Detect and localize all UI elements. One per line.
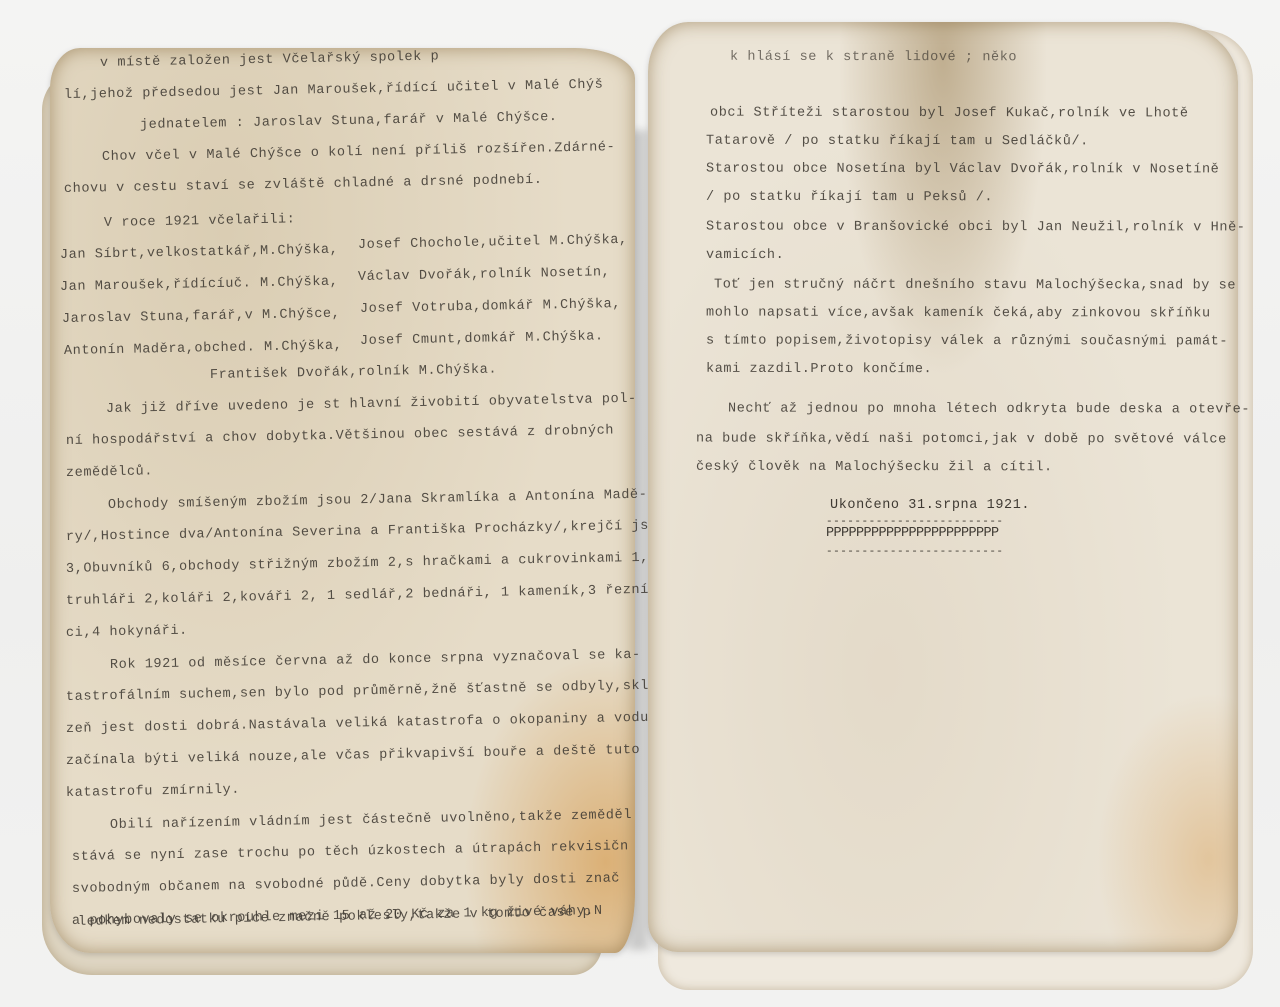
text-line: Tatarově / po statku říkají tam u Sedláč… bbox=[706, 134, 1089, 150]
text-line: / po statku říkají tam u Peksů /. bbox=[706, 190, 993, 206]
text-line: stává se nyní zase trochu po těch úzkost… bbox=[72, 839, 629, 865]
text-line: k hlásí se k straně lidové ; něko bbox=[730, 50, 1017, 66]
text-line: ry/,Hostince dva/Antonína Severina a Fra… bbox=[66, 519, 649, 545]
text-line: katastrofu zmírnily. bbox=[66, 783, 240, 801]
text-line: svobodným občanem na svobodné půdě.Ceny … bbox=[72, 871, 620, 897]
member-name: Jan Síbrt,velkostatkář,M.Chýška, bbox=[60, 243, 339, 263]
text-line: kami zazdil.Proto končíme. bbox=[706, 362, 932, 377]
right-page: k hlásí se k straně lidové ; něko obci S… bbox=[648, 22, 1238, 952]
member-name: Josef Votruba,domkář M.Chýška, bbox=[360, 297, 621, 317]
text-line: 3,Obuvníků 6,obchody střižným zbožím 2,s… bbox=[66, 551, 649, 577]
text-line: mohlo napsati více,avšak kameník čeká,ab… bbox=[706, 306, 1211, 322]
signature-pattern: PPPPPPPPPPPPPPPPPPPPPPP bbox=[826, 526, 999, 541]
text-line: na bude skříňka,vědí naši potomci,jak v … bbox=[696, 432, 1227, 448]
left-page: v místě založen jest Včelařský spolek p … bbox=[50, 48, 635, 953]
text-line: Starostou obce v Branšovické obci byl Ja… bbox=[706, 220, 1246, 236]
member-name: Antonín Maděra,obched. M.Chýška, bbox=[64, 339, 343, 359]
text-line: Obilí nařízením vládním jest částečně uv… bbox=[110, 808, 632, 833]
member-name: František Dvořák,rolník M.Chýška. bbox=[210, 362, 497, 383]
member-name: Jan Maroušek,řídícíuč. M.Chýška, bbox=[60, 275, 339, 295]
member-name: Jaroslav Stuna,farář,v M.Chýšce, bbox=[62, 307, 341, 327]
member-name: Václav Dvořák,rolník Nosetín, bbox=[358, 265, 611, 285]
text-line: zeň jest dosti dobrá.Nastávala veliká ka… bbox=[66, 711, 649, 737]
text-line: Nechť až jednou po mnoha létech odkryta … bbox=[728, 402, 1250, 418]
text-line: vamicích. bbox=[706, 248, 784, 263]
text-line: obci Stříteži starostou byl Josef Kukač,… bbox=[710, 106, 1189, 122]
text-line: Obchody smíšeným zbožím jsou 2/Jana Skra… bbox=[108, 488, 648, 513]
text-line: V roce 1921 včelařili: bbox=[104, 212, 296, 231]
text-line: Chov včel v Malé Chýšce o kolí není příl… bbox=[102, 140, 616, 165]
member-name: Josef Chochole,učitel M.Chýška, bbox=[358, 233, 628, 253]
closing-date: Ukončeno 31.srpna 1921. bbox=[830, 498, 1030, 513]
text-line: začínala býti veliká nouze,ale včas přik… bbox=[66, 743, 640, 769]
text-line: lí,jehož předsedou jest Jan Maroušek,říd… bbox=[64, 78, 604, 103]
text-line: tastrofálním suchem,sen bylo pod průměrn… bbox=[66, 679, 649, 705]
text-line: zemědělců. bbox=[66, 464, 153, 481]
text-line: Jak již dříve uvedeno je st hlavní živob… bbox=[106, 392, 637, 417]
text-line: s tímto popisem,životopisy válek a různý… bbox=[706, 334, 1228, 350]
text-line: český člověk na Malochýšecku žil a cítil… bbox=[696, 460, 1053, 476]
text-line: jednatelem : Jaroslav Stuna,farář v Malé… bbox=[140, 110, 558, 133]
text-line: Rok 1921 od měsíce června až do konce sr… bbox=[110, 648, 641, 673]
rule-bottom: ------------------------- bbox=[826, 546, 1004, 558]
text-line: chovu v cestu staví se zvláště chladné a… bbox=[64, 173, 543, 197]
text-line: ní hospodářství a chov dobytka.Většinou … bbox=[66, 423, 614, 449]
text-line: truhláři 2,koláři 2,kováři 2, 1 sedlář,2… bbox=[66, 583, 658, 609]
member-name: Josef Cmunt,domkář M.Chýška. bbox=[360, 329, 604, 349]
text-line: v místě založen jest Včelařský spolek p bbox=[100, 49, 440, 71]
text-line: ci,4 hokynáři. bbox=[66, 624, 188, 641]
text-line: Starostou obce Nosetína byl Václav Dvořá… bbox=[706, 162, 1219, 178]
text-line: Toť jen stručný náčrt dnešního stavu Mal… bbox=[714, 278, 1236, 294]
